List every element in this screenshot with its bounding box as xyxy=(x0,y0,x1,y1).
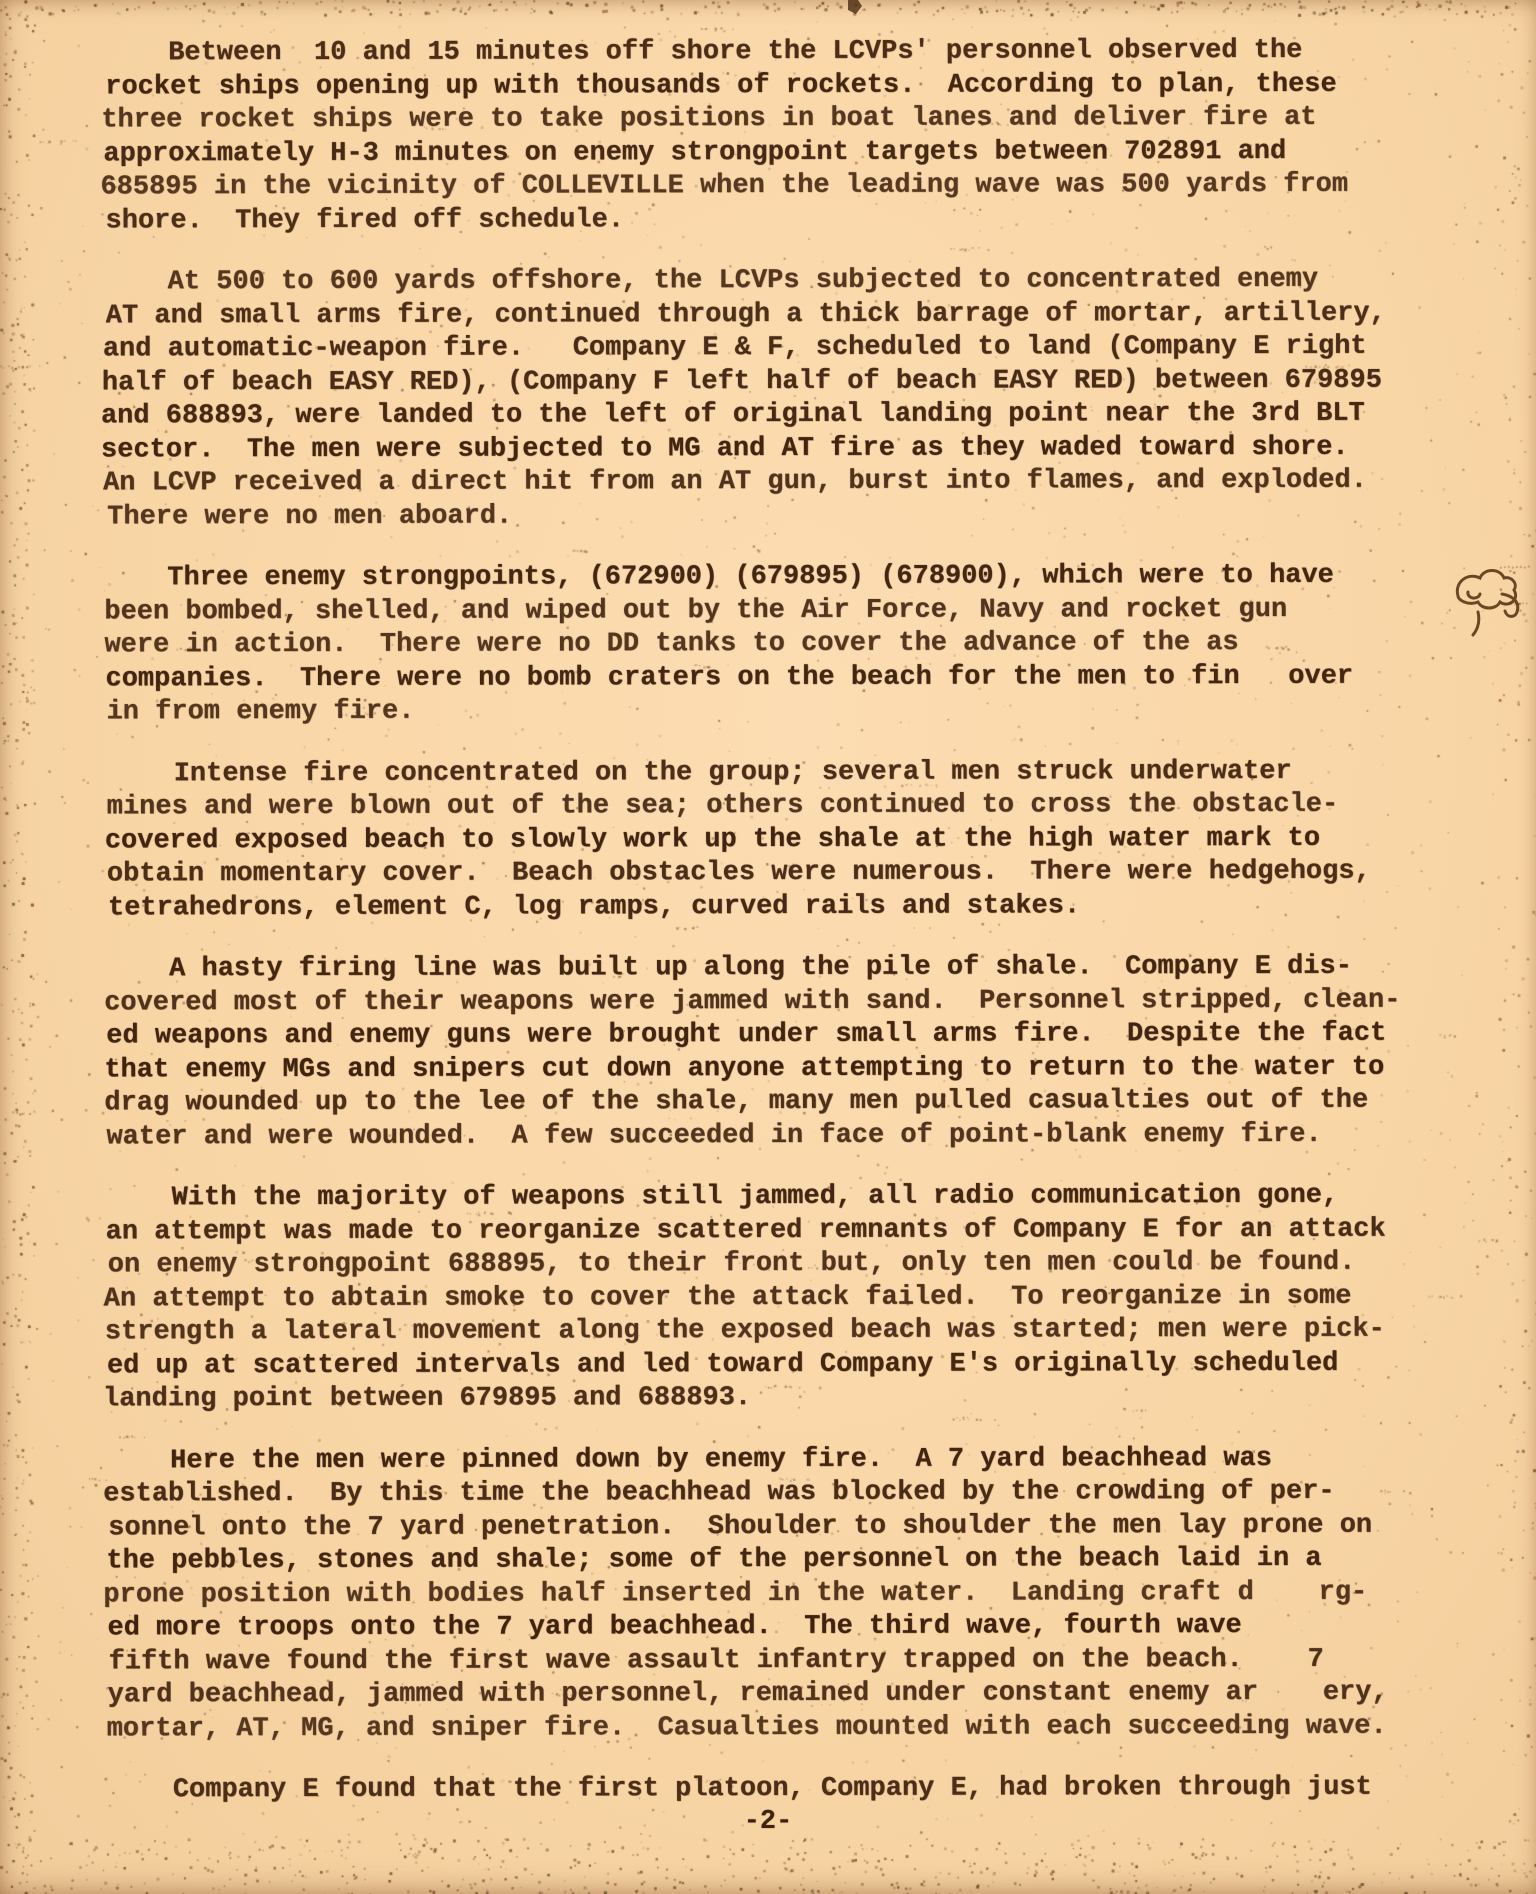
text-line: tetrahedrons, element C, log ramps, curv… xyxy=(108,889,1536,925)
text-line: AT and small arms fire, continued throug… xyxy=(106,297,1536,333)
text-line: With the majority of weapons still jamme… xyxy=(106,1179,1536,1215)
text-line: and 688893, were landed to the left of o… xyxy=(101,397,1532,433)
text-line: There were no men aboard. xyxy=(107,498,1536,534)
text-line: prone position with bodies half inserted… xyxy=(103,1576,1534,1612)
text-line: sonnel onto the 7 yard penetration. Shou… xyxy=(108,1509,1536,1545)
paragraph: A hasty firing line was built up along t… xyxy=(105,950,1536,1154)
paragraph: With the majority of weapons still jamme… xyxy=(106,1179,1536,1416)
text-line: Between 10 and 15 minutes off shore the … xyxy=(102,34,1533,70)
paragraph: Here the men were pinned down by enemy f… xyxy=(106,1442,1536,1746)
text-line: landing point between 679895 and 688893. xyxy=(103,1380,1534,1416)
text-line: Here the men were pinned down by enemy f… xyxy=(104,1442,1535,1478)
text-line: on enemy strongpoint 688895, to their fr… xyxy=(108,1246,1536,1282)
text-line: were in action. There were no DD tanks t… xyxy=(104,626,1535,662)
paragraph: Three enemy strongpoints, (672900) (6798… xyxy=(104,559,1535,729)
text-line: An attempt to abtain smoke to cover the … xyxy=(104,1280,1535,1316)
text-line: 685895 in the vicinity of COLLEVILLE whe… xyxy=(100,168,1531,204)
text-line: half of beach EASY RED), (Company F left… xyxy=(102,364,1533,400)
text-line: rocket ships opening up with thousands o… xyxy=(105,68,1536,104)
text-line: mortar, AT, MG, and sniper fire. Casualt… xyxy=(107,1710,1536,1746)
text-line: approximately H-3 minutes on enemy stron… xyxy=(103,135,1534,171)
text-line: that enemy MGs and snipers cut down anyo… xyxy=(104,1051,1535,1087)
scanned-document-page: Between 10 and 15 minutes off shore the … xyxy=(0,0,1536,1894)
text-line: sector. The men were subjected to MG and… xyxy=(101,431,1532,467)
text-line: water and were wounded. A few succeeded … xyxy=(106,1118,1536,1154)
text-line: Three enemy strongpoints, (672900) (6798… xyxy=(101,559,1532,595)
text-line: the pebbles, stones and shale; some of t… xyxy=(106,1542,1536,1578)
text-line: A hasty firing line was built up along t… xyxy=(103,950,1534,986)
text-line: obtain momentary cover. Beach obstacles … xyxy=(107,855,1536,891)
text-line: in from enemy fire. xyxy=(107,693,1536,729)
text-line: Intense fire concentrated on the group; … xyxy=(108,755,1536,791)
text-line: been bombed, shelled, and wiped out by t… xyxy=(104,593,1535,629)
text-line: covered most of their weapons were jamme… xyxy=(104,984,1535,1020)
text-line: companies. There were no bomb craters on… xyxy=(105,660,1536,696)
page-number: -2- xyxy=(0,1806,1536,1840)
text-line: drag wounded up to the lee of the shale,… xyxy=(104,1084,1535,1120)
text-line: ed weapons and enemy guns were brought u… xyxy=(106,1017,1536,1053)
paragraph: At 500 to 600 yards offshore, the LCVPs … xyxy=(104,263,1536,534)
text-line: shore. They fired off schedule. xyxy=(106,202,1536,238)
document-body: Between 10 and 15 minutes off shore the … xyxy=(0,0,1536,1836)
paragraph: Between 10 and 15 minutes off shore the … xyxy=(103,34,1534,238)
text-line: three rocket ships were to take position… xyxy=(101,101,1532,137)
text-line: yard beachhead, jammed with personnel, r… xyxy=(108,1676,1536,1712)
text-line: An LCVP received a direct hit from an AT… xyxy=(103,464,1534,500)
text-line: ed up at scattered intervals and led tow… xyxy=(107,1347,1536,1383)
text-line: fifth wave found the first wave assault … xyxy=(109,1643,1536,1679)
text-line: strength a lateral movement along the ex… xyxy=(105,1313,1536,1349)
text-line: established. By this time the beachhead … xyxy=(103,1475,1534,1511)
text-line: Company E found that the first platoon, … xyxy=(107,1771,1536,1807)
text-line: At 500 to 600 yards offshore, the LCVPs … xyxy=(102,263,1533,299)
text-line: mines and were blown out of the sea; oth… xyxy=(107,788,1536,824)
text-line: ed more troops onto the 7 yard beachhead… xyxy=(107,1609,1536,1645)
paragraph: Company E found that the first platoon, … xyxy=(107,1771,1536,1807)
text-line: and automatic-weapon fire. Company E & F… xyxy=(103,330,1534,366)
text-line: an attempt was made to reorganize scatte… xyxy=(106,1213,1536,1249)
text-line: covered exposed beach to slowly work up … xyxy=(105,822,1536,858)
paragraph: Intense fire concentrated on the group; … xyxy=(105,755,1536,925)
